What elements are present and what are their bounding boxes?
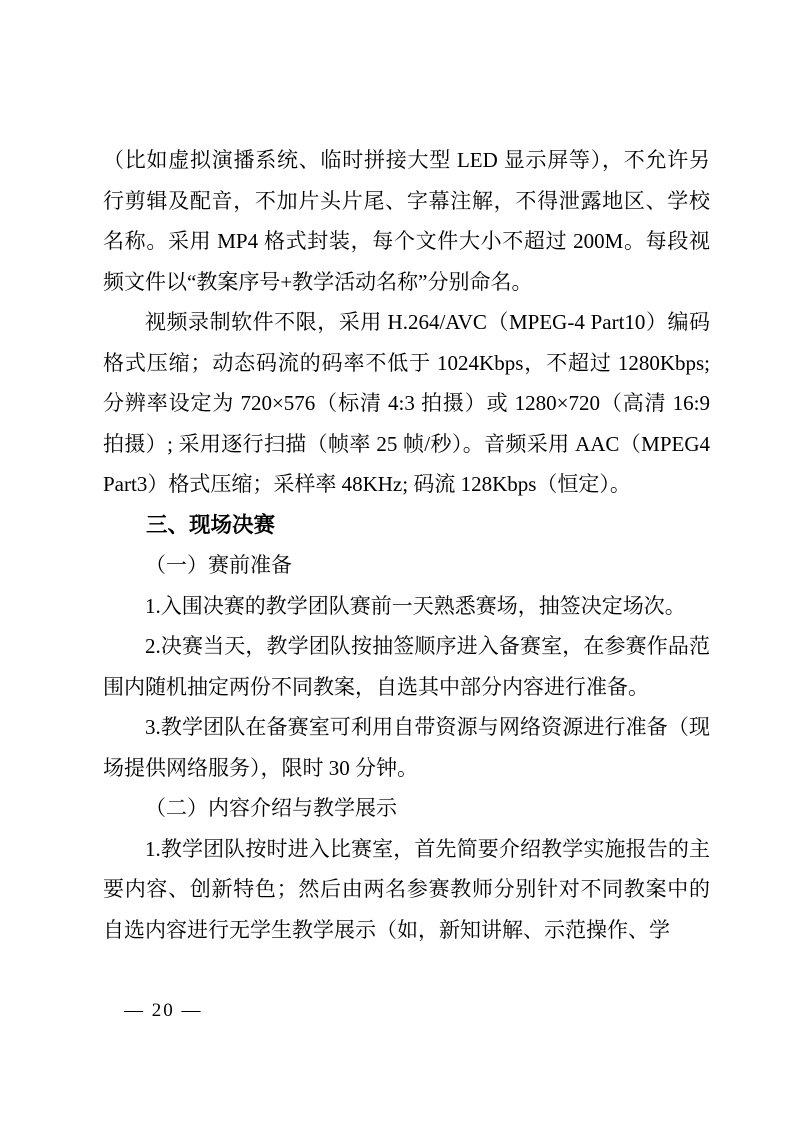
body-paragraph: （比如虚拟演播系统、临时拼接大型 LED 显示屏等），不允许另行剪辑及配音，不加…: [103, 140, 710, 302]
numbered-item: 3.教学团队在备赛室可利用自带资源与网络资源进行准备（现场提供网络服务），限时 …: [103, 707, 710, 788]
document-body: （比如虚拟演播系统、临时拼接大型 LED 显示屏等），不允许另行剪辑及配音，不加…: [103, 140, 710, 950]
subsection-heading: （一）赛前准备: [103, 545, 710, 586]
numbered-item: 1.教学团队按时进入比赛室，首先简要介绍教学实施报告的主要内容、创新特色；然后由…: [103, 829, 710, 951]
page-number: — 20 —: [124, 1000, 203, 1022]
document-page: （比如虚拟演播系统、临时拼接大型 LED 显示屏等），不允许另行剪辑及配音，不加…: [0, 0, 793, 1122]
numbered-item: 2.决赛当天，教学团队按抽签顺序进入备赛室，在参赛作品范围内随机抽定两份不同教案…: [103, 626, 710, 707]
subsection-heading: （二）内容介绍与教学展示: [103, 788, 710, 829]
numbered-item: 1.入围决赛的教学团队赛前一天熟悉赛场，抽签决定场次。: [103, 586, 710, 627]
section-heading: 三、现场决赛: [103, 505, 710, 546]
body-paragraph: 视频录制软件不限，采用 H.264/AVC（MPEG-4 Part10）编码格式…: [103, 302, 710, 505]
